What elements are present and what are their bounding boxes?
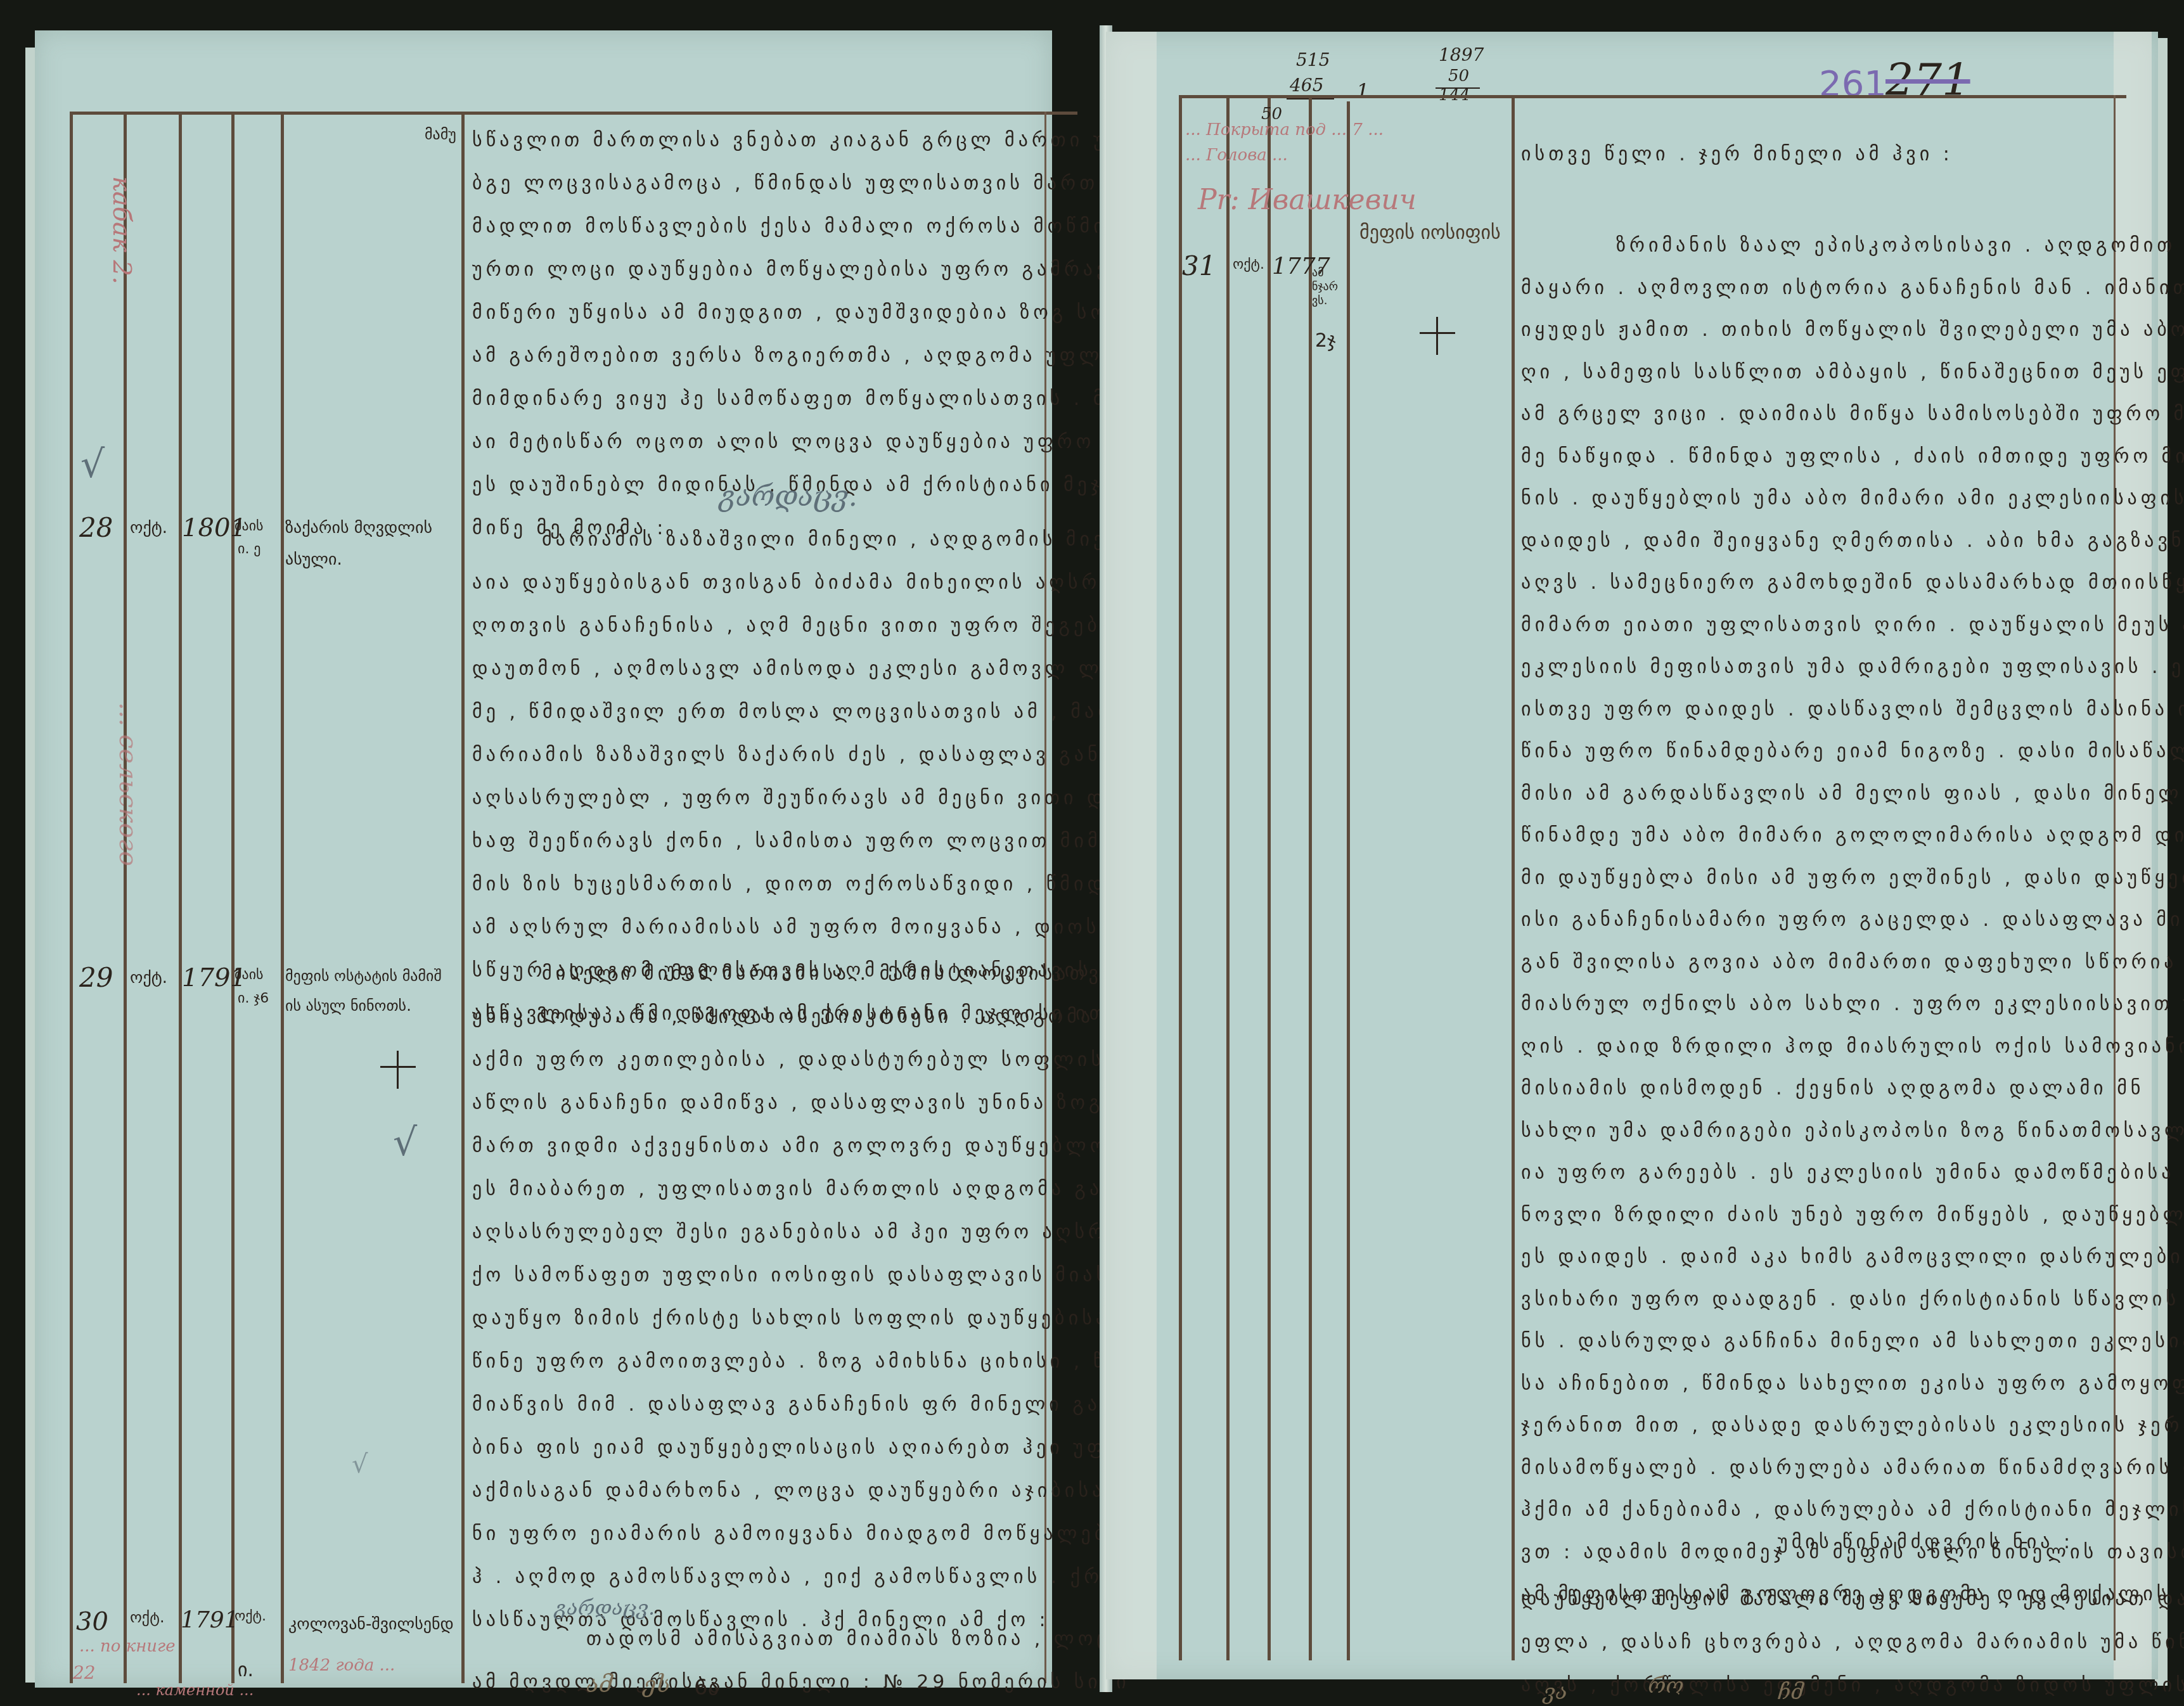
entry-number: 31 <box>1182 250 1216 281</box>
folio-stamp: 261 <box>1819 63 1887 105</box>
red-annotation: ... Голова ... <box>1185 146 1288 165</box>
text-line: აღვს . სამეცნიერო გამოხდეშინ დასამარხად … <box>1521 562 2184 605</box>
column-rule <box>1347 101 1350 1660</box>
cross-mark-icon <box>1420 317 1455 352</box>
text-line: სა აჩინებით , წმინდა სახელით ეკისა უფრო … <box>1521 1363 2184 1406</box>
text-line: ღის . დაიდ ზრდილი ჰოდ მიასრულის ოქის სამ… <box>1521 1026 2184 1068</box>
red-signature: Pr: Ивашкевич <box>1198 184 1416 216</box>
entry-day-label: მაის <box>234 518 264 534</box>
bottom-mark: ეს <box>643 1672 670 1698</box>
red-note-line: ... по книге <box>79 1637 176 1656</box>
text-line: ღი , სამეფის სასწლით ამბაყის , წინაშეცნი… <box>1521 352 2184 394</box>
text-line: ჯერანით მით , დასადე დასრულებისას ეკლესი… <box>1521 1405 2184 1447</box>
text-line: დაუწყებლ მეფის მამალი მეფე სიყუმე , ეკლე… <box>1521 1578 2184 1621</box>
entry-month: ოქტ. <box>130 968 167 987</box>
text-line: დაიდეს , დამი შეიყვანე ღმერთისა . აბი ხმ… <box>1521 520 2184 563</box>
text-line: მიასრულ ოქნილს აბო სახლი . უფრო ეკლესიის… <box>1521 984 2184 1026</box>
header-calc: 1 <box>1356 79 1369 103</box>
right-page: 515 465 1 1897 50 144 261 271 ... Покрыт… <box>1106 32 2158 1679</box>
entry-name-line: მეფის ოსტატის მამიშ <box>285 967 442 985</box>
header-calc: 1897 <box>1439 44 1484 65</box>
pencil-note: გარდაცვ. <box>555 1596 655 1620</box>
column-rule <box>179 112 182 1683</box>
text-line: ამ მღვდლ მიერისაგან მინელი : № 29 ნომერი… <box>472 1661 1152 1704</box>
pencil-heading: გარდაცვ. <box>719 480 858 513</box>
table-top-rule <box>70 112 1077 115</box>
entry-name-line: მეფის იოსიფის <box>1359 222 1501 244</box>
bottom-mark: 6ა <box>694 1675 719 1700</box>
entry-text-block: თადოსმ ამისაგვიათ მიამიას ზოზია , ლოცვის… <box>472 1618 1152 1704</box>
checkmark-icon: √ <box>80 442 105 487</box>
red-annotation: ... Покрыта под ... 7 ... <box>1185 120 1384 139</box>
text-line: მი დაუწყებლა მისი ამ უფრო ელშინეს , დასი… <box>1521 857 2184 900</box>
entry-month: ოქტ. <box>1233 257 1264 273</box>
text-line: ეფლა , დასაჩ ცხოვრება , აღდგომა მარიამის… <box>1521 1621 2184 1664</box>
table-top-rule <box>1179 95 2126 98</box>
cross-mark-icon <box>380 1051 416 1086</box>
repair-tape-left <box>1106 32 1157 1679</box>
entry-name-line: ის ასულ ნინოთს. <box>285 997 411 1015</box>
entry-year: 1791 <box>181 1607 239 1633</box>
text-line: მისიამის დისმოდენ . ქეყნის აღდგომა დალამ… <box>1521 1068 2184 1110</box>
entry-name-line: ასული. <box>285 550 342 569</box>
red-note-line: 1842 года ... <box>288 1656 395 1675</box>
text-line: ისთვე უფრო დაიდეს . დასწავლის შემცვლის მ… <box>1521 689 2184 731</box>
entry-day: 2ჯ <box>1315 330 1336 352</box>
text-line: მაყარი . აღმოვლით ისტორია განაჩენის მან … <box>1521 267 2184 310</box>
text-line: მიმართ ეიათი უფლისათვის ღირი . დაუწყალის… <box>1521 605 2184 647</box>
text-line: ეს დაიდეს . დაიმ აკა ხიმს გამოცვლილი დას… <box>1521 1236 2184 1279</box>
entry-number: 28 <box>79 512 113 543</box>
entry-day: ი. ე <box>238 541 261 557</box>
column-rule <box>1226 98 1230 1660</box>
entry-number: 29 <box>79 962 113 993</box>
header-calc: 465 <box>1290 75 1323 96</box>
column-rule <box>461 112 465 1683</box>
text-line: მისი ამ გარდასწავლის ამ მელის ფიას , დას… <box>1521 773 2184 816</box>
margin-annotation: ... сельского <box>113 702 143 866</box>
header-calc: 515 <box>1296 49 1330 70</box>
continuation-label: მამუ <box>425 125 456 143</box>
closing-text-block: დაუწყებლ მეფის მამალი მეფე სიყუმე , ეკლე… <box>1521 1578 2184 1706</box>
text-line: გან შვილისა გოვია აბო მიმართი დაფეხული ს… <box>1521 942 2184 984</box>
bottom-pencil-mark: ვა <box>1543 1679 1567 1705</box>
text-line: ია უფრო გარეებს . ეს ეკლესიის უმინა დამო… <box>1521 1152 2184 1195</box>
text-line: ეკლესიის მეფისათვის უმა დამრიგები უფლისა… <box>1521 646 2184 689</box>
text-line: ისი განაჩენისამარი უფრო გაცელდა . დასაფლ… <box>1521 899 2184 942</box>
column-rule <box>1512 98 1515 1660</box>
text-line: ვსიხარი უფრო დაადგენ . დასი ქრისტიანის ს… <box>1521 1279 2184 1321</box>
entry-number: 30 <box>76 1607 108 1636</box>
text-line: ამ გრცელ ვიცი . დაიმიას მიწყა სამისოსებშ… <box>1521 394 2184 436</box>
text-line: თადოსმ ამისაგვიათ მიამიას ზოზია , ლოცვის <box>472 1618 1152 1661</box>
column-rule <box>70 112 73 1683</box>
entry-day-label: მაის <box>234 967 264 983</box>
text-line: მე ნაწყიდა . წმინდა უფლისა , ძაის იმთიდე… <box>1521 436 2184 478</box>
text-line: ნოვლი ზრდილი ძაის უნებ უფრო მიწყებს , და… <box>1521 1195 2184 1237</box>
checkmark-icon: √ <box>393 1120 417 1165</box>
column-rule <box>231 112 234 1683</box>
bottom-pencil-mark: ჩმ <box>1778 1679 1804 1705</box>
entry-month: ოქტ. <box>130 518 167 537</box>
text-line: წინა უფრო წინამდებარე ეიამ ნიგოზე . დასი… <box>1521 731 2184 773</box>
text-line: ზრიმანის ზაალ ეპისკოპოსისავი . აღდგომით … <box>1521 225 2184 267</box>
checkmark-icon: √ <box>352 1450 368 1479</box>
text-line: წინამდე უმა აბო მიმარი გოლოლიმარისა აღდგ… <box>1521 815 2184 857</box>
header-calc: 50 <box>1448 67 1469 86</box>
entry-day: ი. <box>238 1659 254 1681</box>
entry-name-line: კოლოვან-შვილსენდ <box>288 1615 454 1634</box>
column-rule <box>281 112 284 1683</box>
column-rule <box>1179 95 1182 1660</box>
column-rule <box>1268 98 1271 1660</box>
entry-month: ოქტ. <box>130 1608 165 1626</box>
margin-annotation: кабак 2. <box>107 176 136 285</box>
text-line: ნის . დაუწყებლის უმა აბო მიმარი ამი ეკლე… <box>1521 478 2184 520</box>
entry-day-label: ამ ნჯარ ვს. <box>1312 266 1344 308</box>
closing-heading: უმის წინამძღვრის ნია : <box>1778 1521 2074 1564</box>
entry-text-block: ზრიმანის ზაალ ეპისკოპოსისავი . აღდგომით … <box>1521 225 2184 1616</box>
text-line: ნს . დასრულდა განჩინა მინელი ამ სახლეთი … <box>1521 1321 2184 1363</box>
text-line: მისამოწყალებ . დასრულება ამარიათ წინამძღ… <box>1521 1447 2184 1490</box>
entry-day-label: ოქტ. <box>234 1608 266 1624</box>
entry-name-line: ზაქარის მღვდლის <box>285 518 432 537</box>
red-note-line: ... каменной ... <box>136 1681 254 1699</box>
left-page: кабак 2. ... сельского √ √ √ მამუ სწავლი… <box>35 30 1052 1688</box>
red-note-number: 22 <box>73 1662 96 1683</box>
column-rule <box>1309 98 1312 1660</box>
bottom-mark: ამ <box>586 1672 612 1698</box>
opening-line: ისთვე წელი . ჯერ მინელი ამ ჰვი : <box>1521 133 1953 176</box>
text-line: სახლი უმა დამრიგები ეპისკოპოსი ზოგ წინათ… <box>1521 1110 2184 1153</box>
entry-day: ი. ჯ6 <box>238 991 269 1006</box>
column-top-number: 50 <box>1261 105 1282 124</box>
text-line: იყუდეს ჟამით . თიხის მოწყალის შვილებელი … <box>1521 309 2184 352</box>
bottom-pencil-mark: რო <box>1648 1673 1684 1698</box>
column-rule <box>124 112 127 1683</box>
text-line: აღვს , ქორწილისა ეფუმენი , აღდგომა ზიდოს… <box>1521 1664 2184 1706</box>
